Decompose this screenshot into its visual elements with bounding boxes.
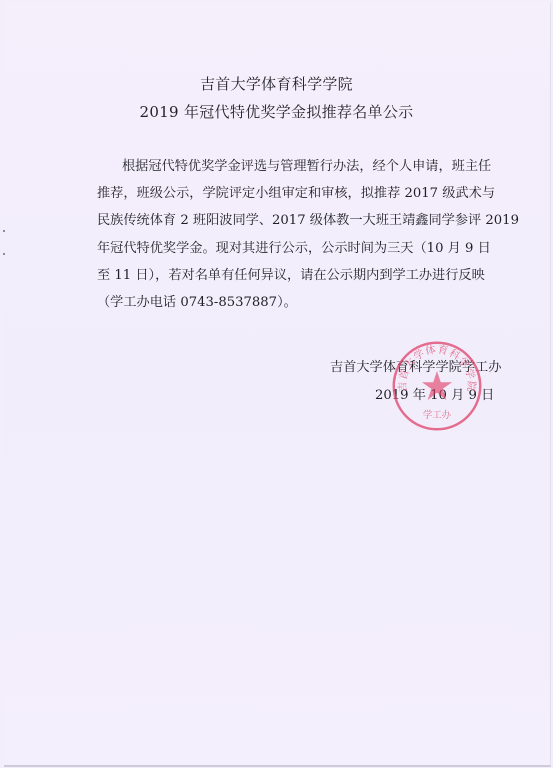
body-line: 至 11 日），若对名单有任何异议，请在公示期内到学工办进行反映 [97,262,467,289]
body-line: （学工办电话 0743-8537887）。 [97,289,467,316]
scan-speck [3,230,5,232]
body-line: 民族传统体育 2 班阳波同学、2017 级体教一大班王靖鑫同学参评 2019 [97,207,467,234]
document-title: 吉首大学体育科学学院 [0,73,553,94]
notice-body: 根据冠代特优奖学金评选与管理暂行办法，经个人申请，班主任 推荐，班级公示，学院评… [97,153,467,316]
scan-speck [3,253,5,255]
body-line: 年冠代特优奖学金。现对其进行公示，公示时间为三天（10 月 9 日 [97,235,467,262]
body-line: 根据冠代特优奖学金评选与管理暂行办法，经个人申请，班主任 [97,153,467,180]
signature-date: 2019 年 10 月 9 日 [375,384,494,403]
signature-issuer: 吉首大学体育科学学院学工办 [330,356,501,375]
body-line: 推荐，班级公示，学院评定小组审定和审核，拟推荐 2017 级武术与 [97,180,467,207]
document-subtitle: 2019 年冠代特优奖学金拟推荐名单公示 [0,101,553,122]
